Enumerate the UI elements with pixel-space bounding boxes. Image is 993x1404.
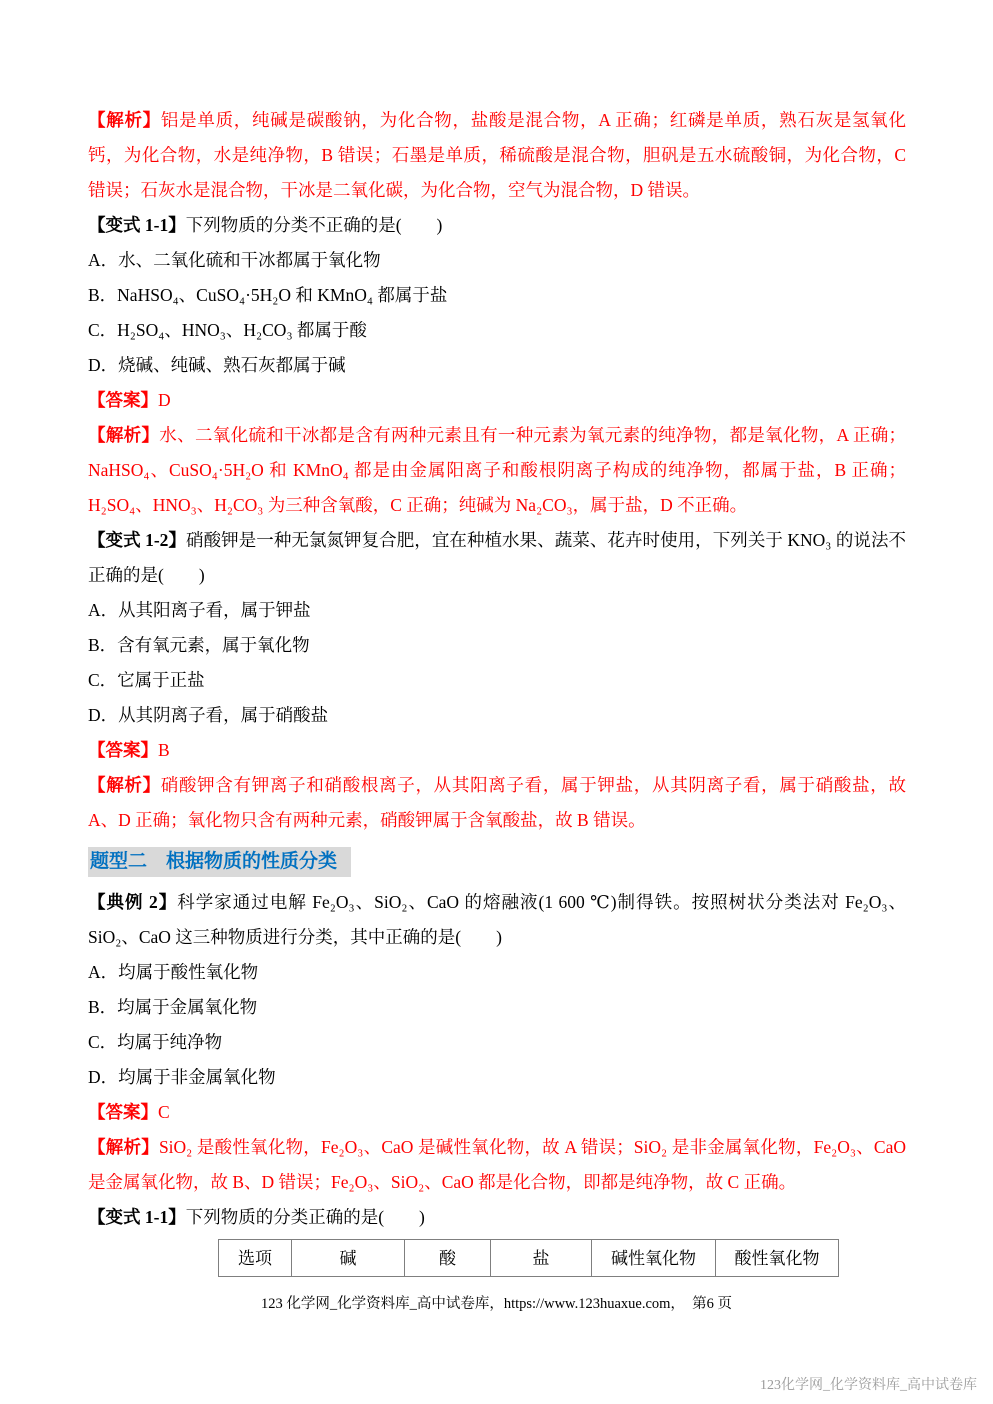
section-header: 题型二 根据物质的性质分类 bbox=[88, 846, 906, 877]
answer-label: 【答案】 bbox=[88, 390, 158, 410]
question-label: 【典例 2】 bbox=[88, 892, 177, 912]
question-paragraph: 【典例 2】科学家通过电解 Fe₂O₃、SiO₂、CaO 的熔融液(1 600 … bbox=[88, 885, 906, 955]
question-label: 【变式 1-1】 bbox=[88, 1207, 186, 1227]
analysis-text: SiO₂ 是酸性氧化物，Fe₂O₃、CaO 是碱性氧化物，故 A 错误；SiO₂… bbox=[88, 1137, 906, 1192]
answer-value: D bbox=[158, 390, 171, 410]
analysis-label: 【解析】 bbox=[88, 110, 161, 130]
answer-paragraph: 【答案】C bbox=[88, 1095, 906, 1130]
option-c: C．H₂SO₄、HNO₃、H₂CO₃ 都属于酸 bbox=[88, 313, 906, 348]
question-text: 下列物质的分类正确的是( ) bbox=[186, 1207, 425, 1227]
answer-label: 【答案】 bbox=[88, 1102, 158, 1122]
document-body: 【解析】铝是单质，纯碱是碳酸钠，为化合物，盐酸是混合物，A 正确；红磷是单质，熟… bbox=[88, 103, 906, 1277]
answer-paragraph: 【答案】B bbox=[88, 733, 906, 768]
page-footer: 123 化学网_化学资料库_高中试卷库，https://www.123huaxu… bbox=[0, 1292, 993, 1313]
analysis-label: 【解析】 bbox=[88, 425, 159, 445]
option-d: D．烧碱、纯碱、熟石灰都属于碱 bbox=[88, 348, 906, 383]
question-paragraph: 【变式 1-2】硝酸钾是一种无氯氮钾复合肥，宜在种植水果、蔬菜、花卉时使用，下列… bbox=[88, 523, 906, 593]
table-header-cell: 碱性氧化物 bbox=[592, 1240, 716, 1277]
analysis-paragraph: 【解析】SiO₂ 是酸性氧化物，Fe₂O₃、CaO 是碱性氧化物，故 A 错误；… bbox=[88, 1130, 906, 1200]
analysis-paragraph: 【解析】水、二氧化硫和干冰都是含有两种元素且有一种元素为氧元素的纯净物，都是氧化… bbox=[88, 418, 906, 523]
option-c: C．均属于纯净物 bbox=[88, 1025, 906, 1060]
table-header-cell: 选项 bbox=[219, 1240, 292, 1277]
analysis-text: 铝是单质，纯碱是碳酸钠，为化合物，盐酸是混合物，A 正确；红磷是单质，熟石灰是氢… bbox=[88, 110, 906, 200]
option-a: A．水、二氧化硫和干冰都属于氧化物 bbox=[88, 243, 906, 278]
question-text: 硝酸钾是一种无氯氮钾复合肥，宜在种植水果、蔬菜、花卉时使用，下列关于 KNO₃ … bbox=[88, 530, 906, 585]
question-label: 【变式 1-1】 bbox=[88, 215, 186, 235]
option-a: A．从其阳离子看，属于钾盐 bbox=[88, 593, 906, 628]
analysis-label: 【解析】 bbox=[88, 775, 161, 795]
question-paragraph: 【变式 1-1】下列物质的分类不正确的是( ) bbox=[88, 208, 906, 243]
table-header-cell: 盐 bbox=[491, 1240, 592, 1277]
analysis-paragraph: 【解析】硝酸钾含有钾离子和硝酸根离子，从其阳离子看，属于钾盐，从其阴离子看，属于… bbox=[88, 768, 906, 838]
analysis-text: 硝酸钾含有钾离子和硝酸根离子，从其阳离子看，属于钾盐，从其阴离子看，属于硝酸盐，… bbox=[88, 775, 906, 830]
option-b: B．NaHSO₄、CuSO₄·5H₂O 和 KMnO₄ 都属于盐 bbox=[88, 278, 906, 313]
question-label: 【变式 1-2】 bbox=[88, 530, 186, 550]
classification-table: 选项 碱 酸 盐 碱性氧化物 酸性氧化物 bbox=[218, 1239, 839, 1277]
table-header-cell: 酸 bbox=[405, 1240, 491, 1277]
answer-label: 【答案】 bbox=[88, 740, 158, 760]
analysis-paragraph: 【解析】铝是单质，纯碱是碳酸钠，为化合物，盐酸是混合物，A 正确；红磷是单质，熟… bbox=[88, 103, 906, 208]
site-watermark: 123化学网_化学资料库_高中试卷库 bbox=[760, 1374, 977, 1394]
analysis-label: 【解析】 bbox=[88, 1137, 159, 1157]
option-c: C．它属于正盐 bbox=[88, 663, 906, 698]
option-d: D．均属于非金属氧化物 bbox=[88, 1060, 906, 1095]
question-text: 科学家通过电解 Fe₂O₃、SiO₂、CaO 的熔融液(1 600 ℃)制得铁。… bbox=[88, 892, 906, 947]
answer-paragraph: 【答案】D bbox=[88, 383, 906, 418]
option-a: A．均属于酸性氧化物 bbox=[88, 955, 906, 990]
table-header-cell: 碱 bbox=[292, 1240, 405, 1277]
option-b: B．含有氧元素，属于氧化物 bbox=[88, 628, 906, 663]
question-text: 下列物质的分类不正确的是( ) bbox=[186, 215, 443, 235]
option-b: B．均属于金属氧化物 bbox=[88, 990, 906, 1025]
answer-value: B bbox=[158, 740, 170, 760]
section-title: 题型二 根据物质的性质分类 bbox=[88, 847, 351, 877]
question-paragraph: 【变式 1-1】下列物质的分类正确的是( ) bbox=[88, 1200, 906, 1235]
answer-value: C bbox=[158, 1102, 170, 1122]
analysis-text: 水、二氧化硫和干冰都是含有两种元素且有一种元素为氧元素的纯净物，都是氧化物，A … bbox=[88, 425, 906, 515]
table-header-cell: 酸性氧化物 bbox=[716, 1240, 839, 1277]
table-header-row: 选项 碱 酸 盐 碱性氧化物 酸性氧化物 bbox=[219, 1240, 839, 1277]
option-d: D．从其阴离子看，属于硝酸盐 bbox=[88, 698, 906, 733]
